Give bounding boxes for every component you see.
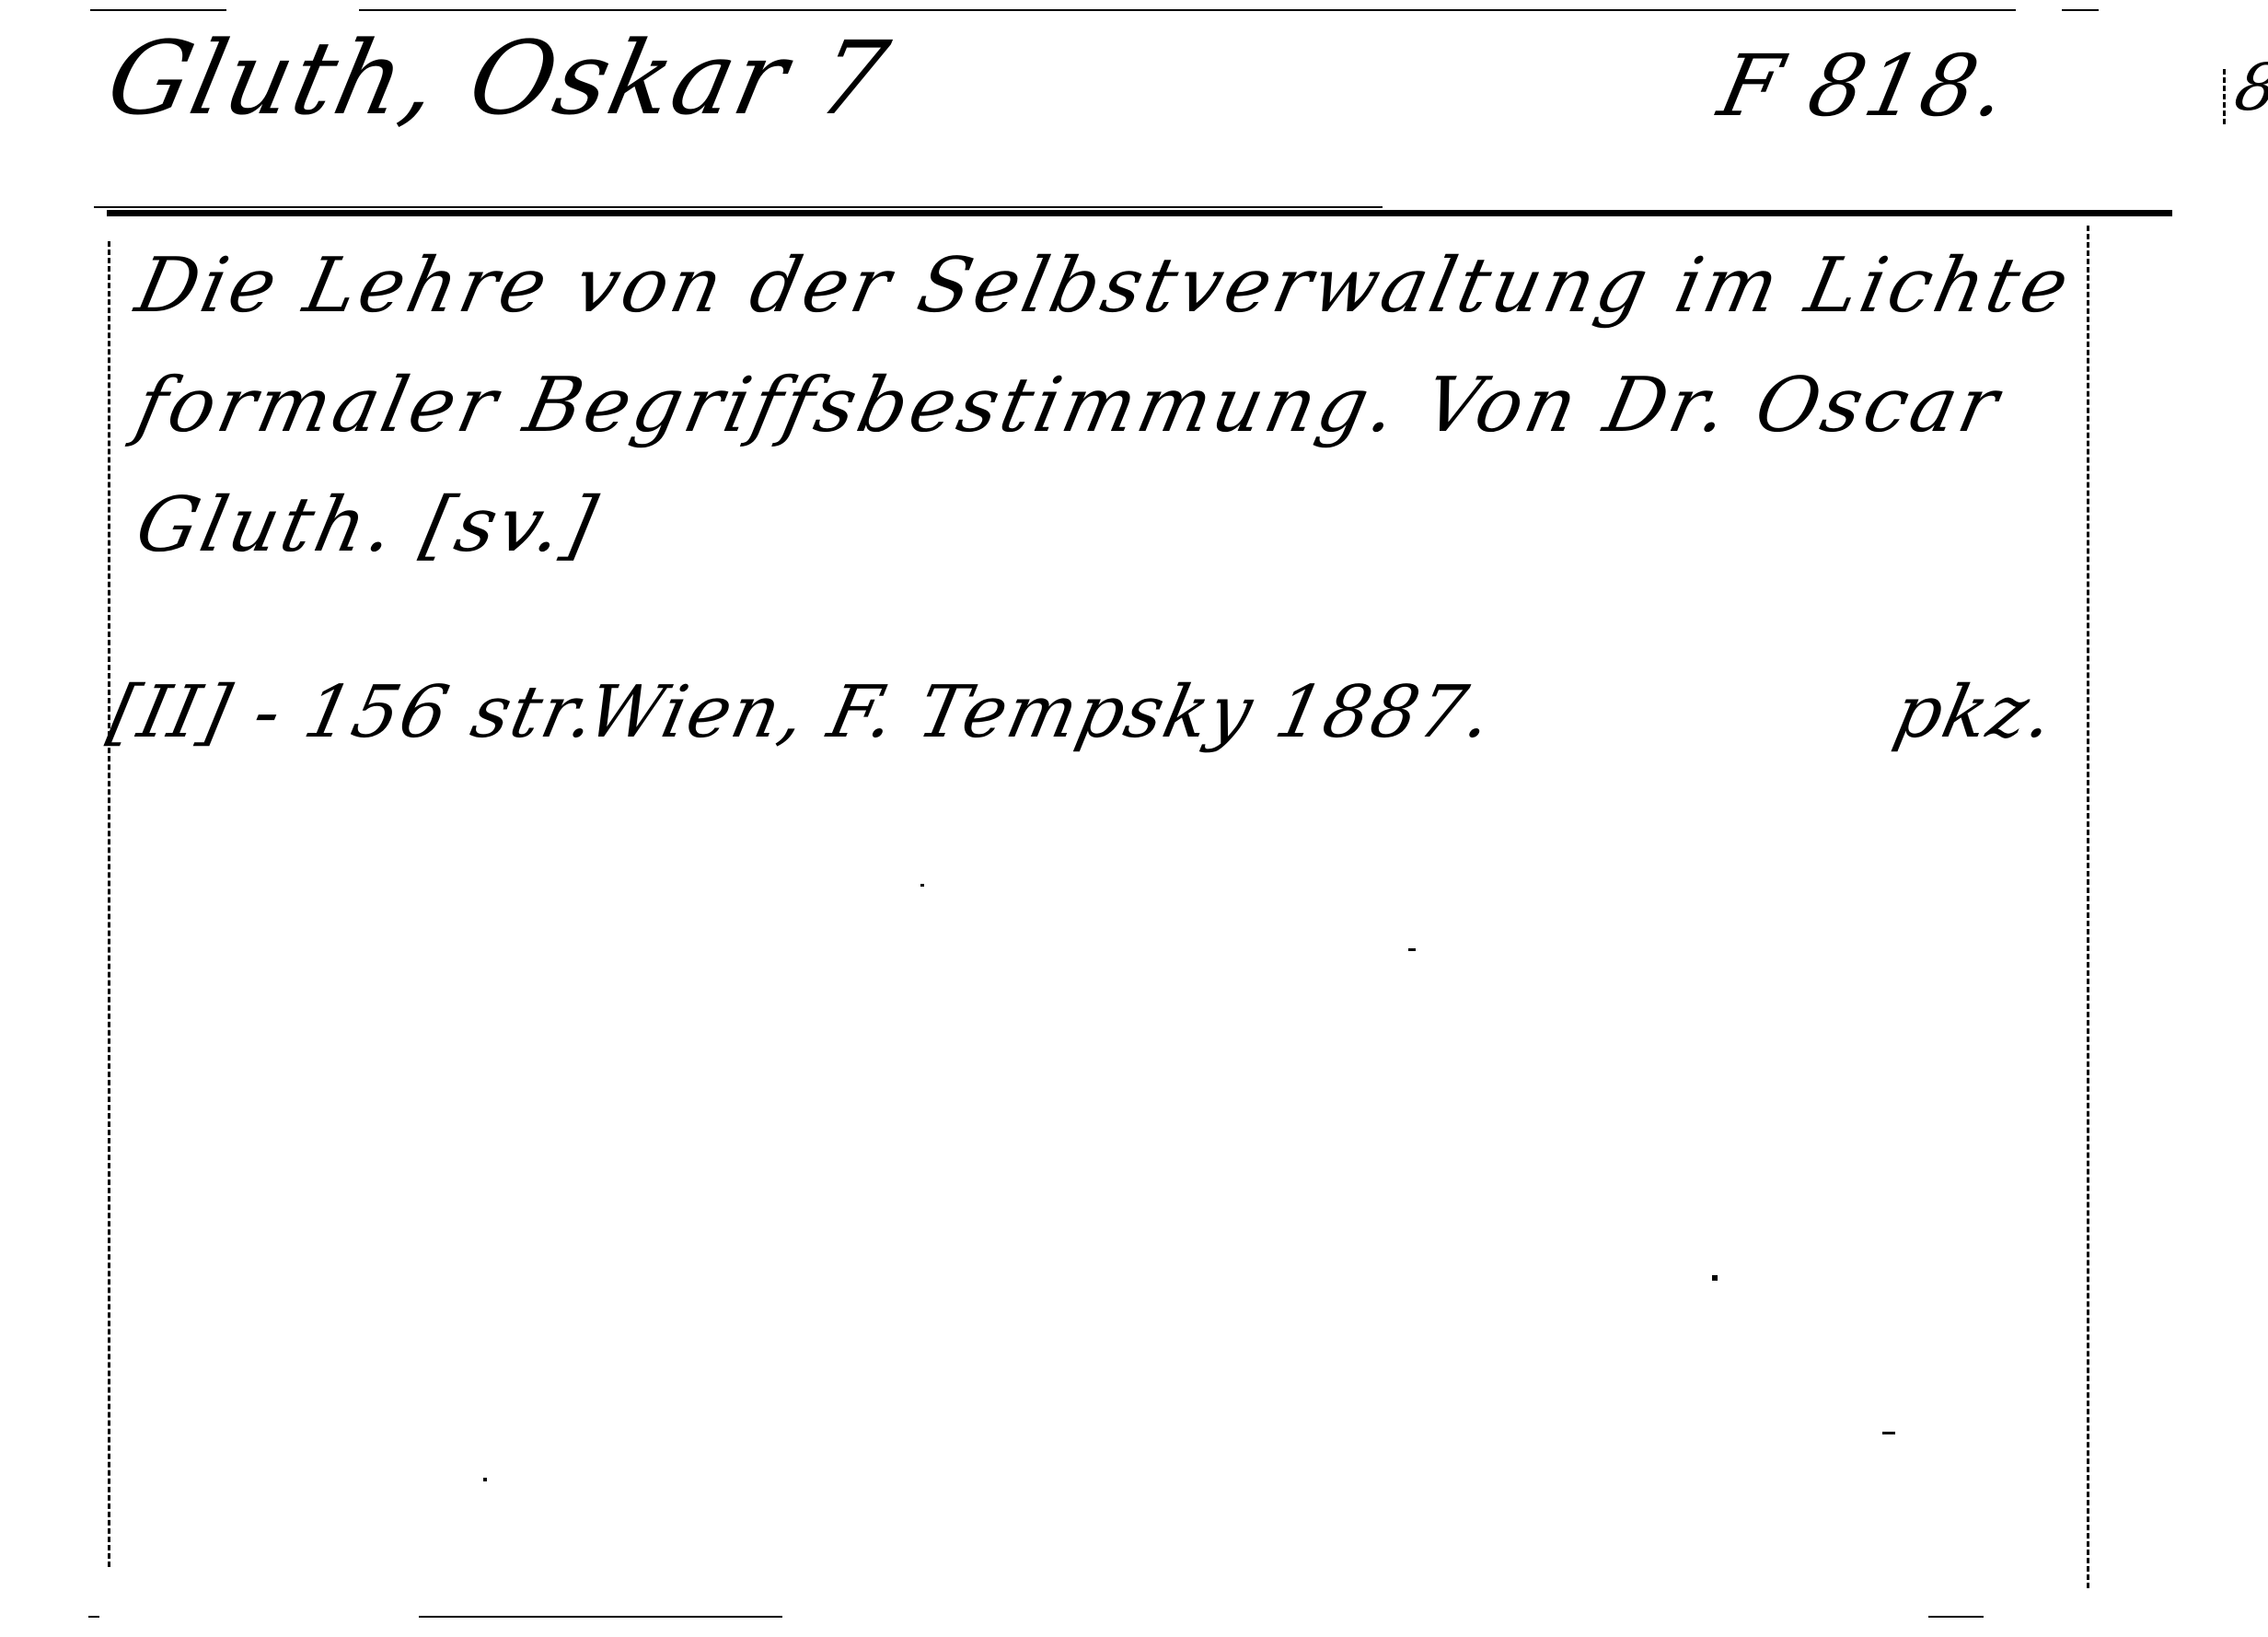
bottom-rule-left — [88, 1616, 99, 1618]
speck — [483, 1478, 487, 1481]
speck — [1712, 1275, 1718, 1281]
speck — [920, 884, 924, 887]
author-heading: Gluth, Oskar 7 — [99, 28, 897, 129]
cataloger-signature: pkz. — [1889, 677, 2062, 749]
title-line-3: Gluth. [sv.] — [130, 488, 606, 563]
heading-rule-thin — [94, 206, 1383, 208]
publication-info: Wien, F. Tempsky 1887. — [582, 677, 1499, 749]
top-rule-left — [90, 9, 226, 11]
heading-rule-thick — [107, 210, 2172, 216]
top-rule-right — [2062, 9, 2099, 11]
bottom-rule — [419, 1616, 782, 1618]
speck — [1882, 1432, 1895, 1434]
format-divider — [2223, 69, 2226, 124]
catalog-card: Gluth, Oskar 7 F 818. 8° Die Lehre von d… — [0, 0, 2268, 1637]
left-margin-line — [108, 241, 110, 1567]
title-line-2: formaler Begriffsbestimmung. Von Dr. Osc… — [130, 368, 2008, 444]
pagination: [II] - 156 str. — [103, 677, 604, 749]
call-number: F 818. — [1712, 44, 2015, 129]
title-line-1: Die Lehre von der Selbstverwaltung im Li… — [130, 249, 2077, 324]
top-rule — [359, 9, 2016, 11]
bottom-rule-right — [1928, 1616, 1984, 1618]
format-size: 8° — [2230, 55, 2268, 120]
speck — [1408, 948, 1416, 951]
right-margin-line — [2087, 226, 2089, 1588]
